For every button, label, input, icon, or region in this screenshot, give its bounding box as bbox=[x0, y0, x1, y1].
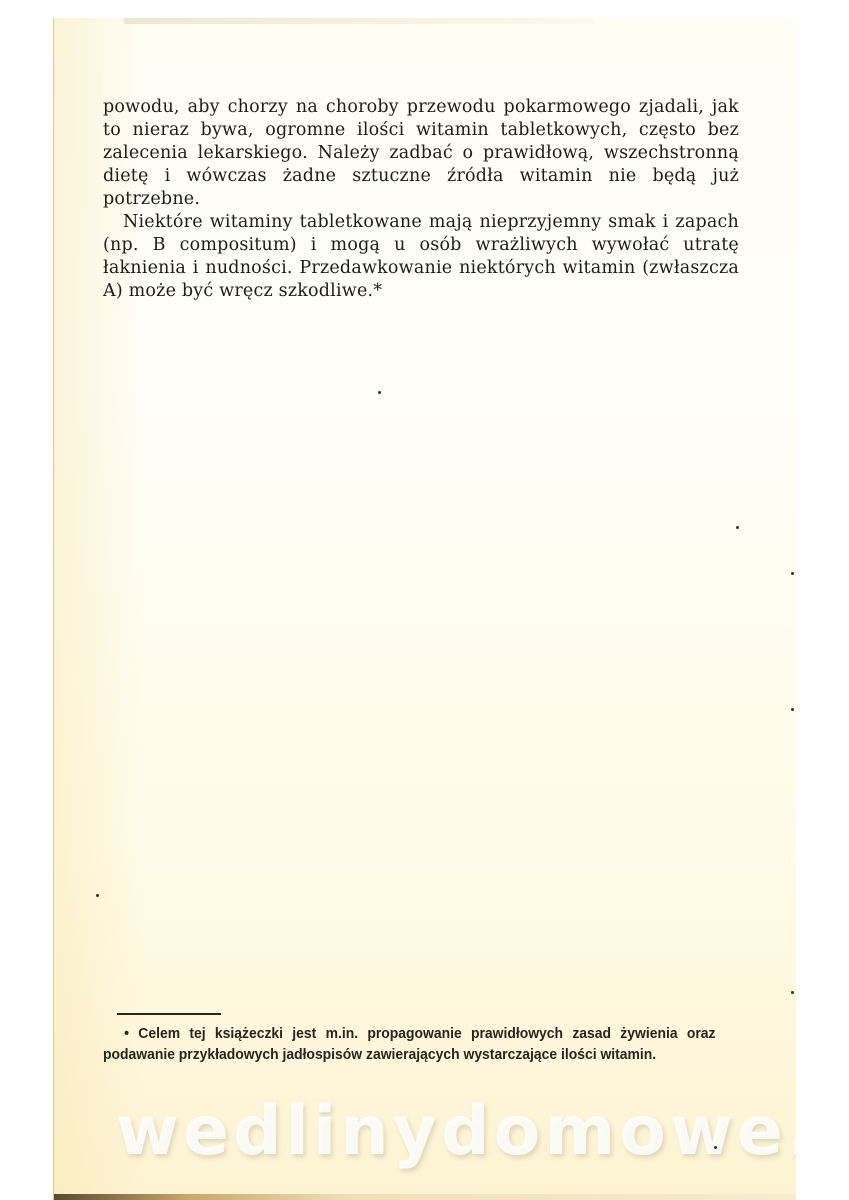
dust-speck bbox=[791, 572, 794, 575]
footnote-text: Celem tej książeczki jest m.in. propagow… bbox=[103, 1026, 715, 1063]
body-text: powodu, aby chorzy na choroby przewodu p… bbox=[103, 96, 739, 303]
scan-artifact-strip bbox=[124, 18, 594, 24]
paragraph-1: powodu, aby chorzy na choroby przewodu p… bbox=[103, 96, 739, 211]
footnote-divider bbox=[117, 1013, 221, 1015]
page-bottom-edge bbox=[54, 1194, 796, 1200]
dust-speck bbox=[714, 1146, 717, 1149]
dust-speck bbox=[96, 894, 99, 897]
footnote: • Celem tej książeczki jest m.in. propag… bbox=[103, 1024, 715, 1066]
dust-speck bbox=[378, 391, 381, 394]
watermark: wedlinydomowe.pl bbox=[116, 1092, 756, 1172]
dust-speck bbox=[736, 526, 739, 529]
footnote-marker: • bbox=[124, 1026, 129, 1042]
dust-speck bbox=[791, 991, 794, 994]
dust-speck bbox=[791, 708, 794, 711]
paragraph-2: Niektóre witaminy tabletkowane mają niep… bbox=[103, 211, 739, 303]
book-page: powodu, aby chorzy na choroby przewodu p… bbox=[53, 18, 796, 1200]
